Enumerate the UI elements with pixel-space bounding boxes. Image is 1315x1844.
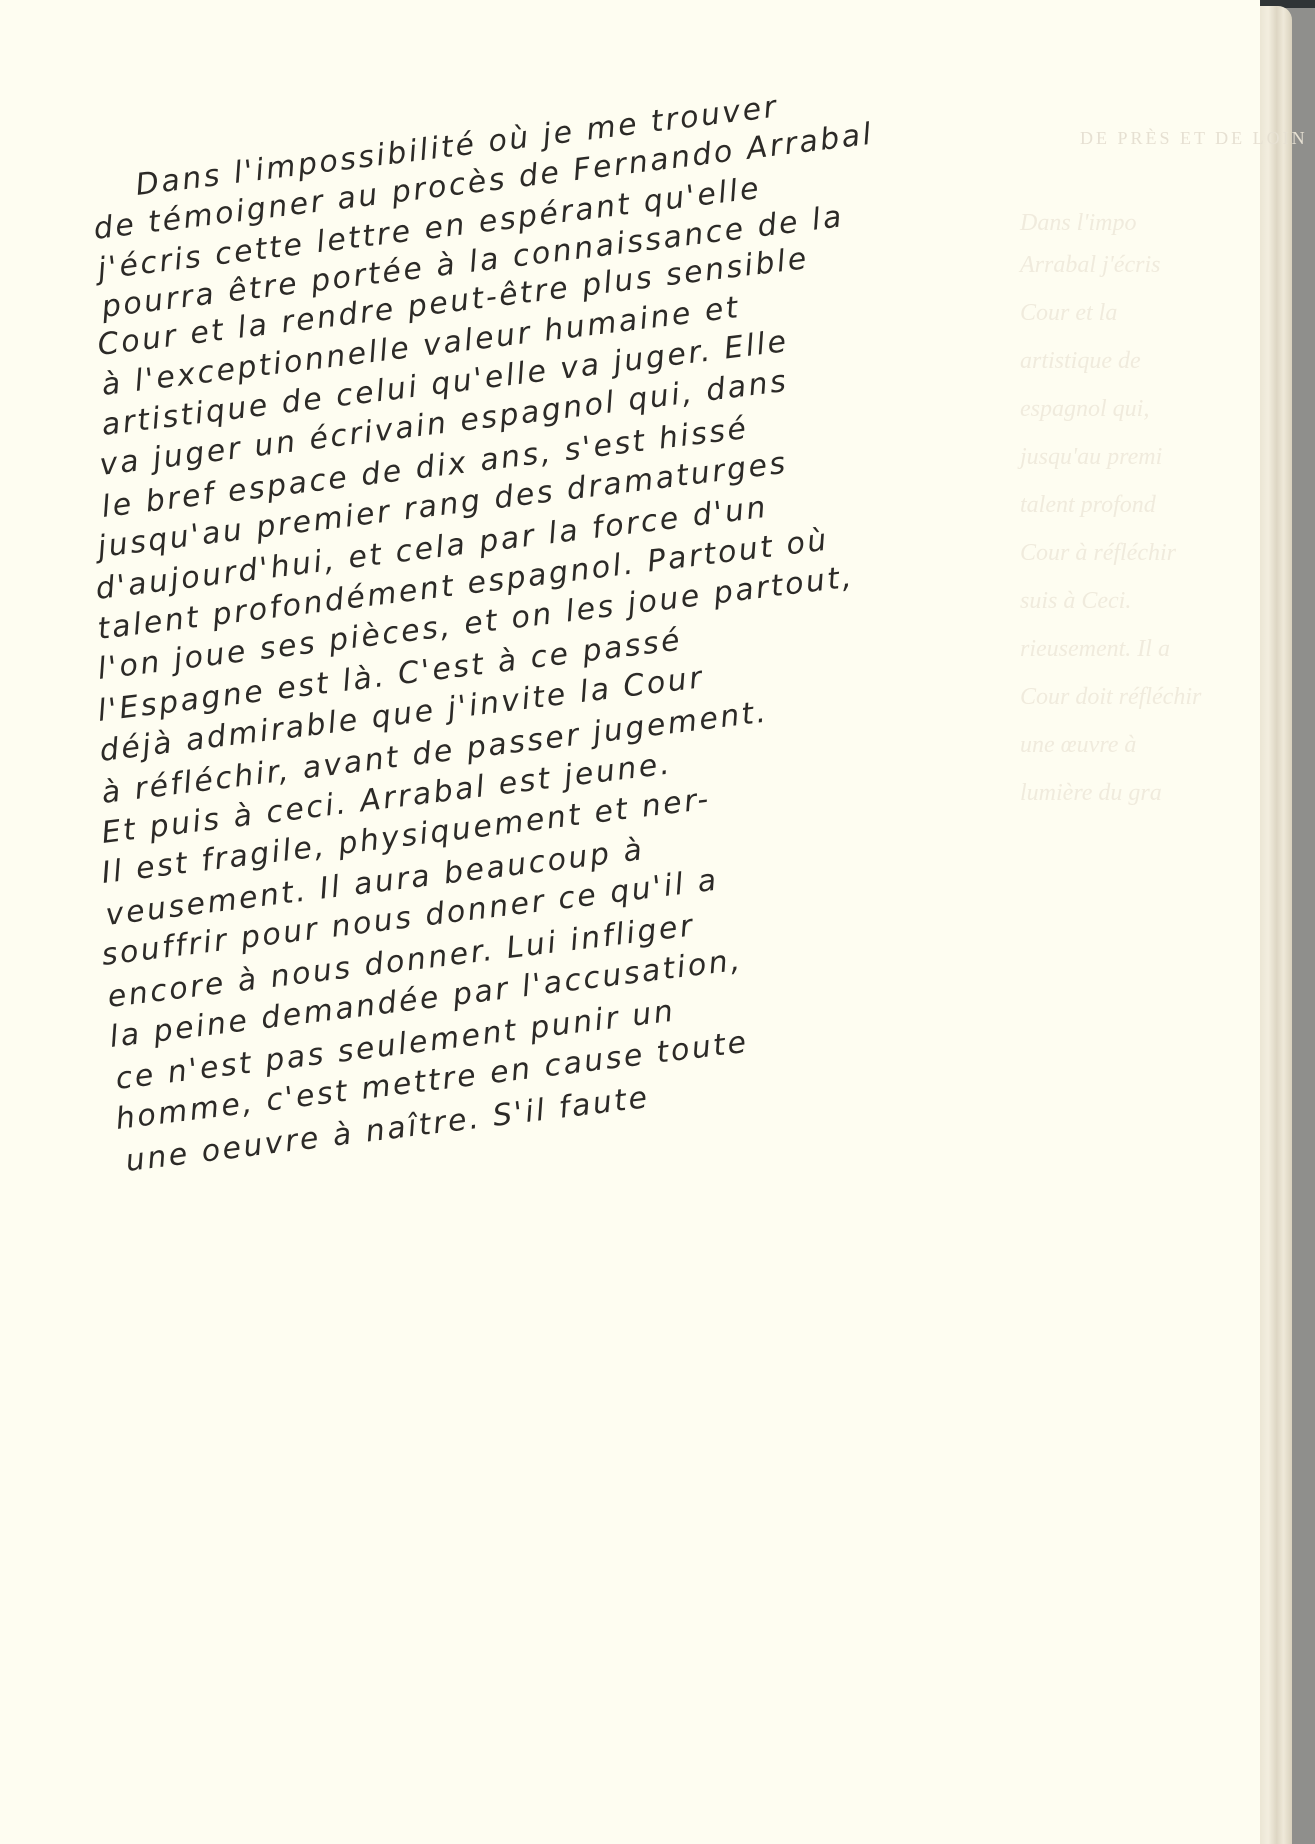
bleed-through-line: une œuvre à bbox=[1020, 732, 1136, 759]
book-page: DE PRÈS ET DE LOIN Dans l'impo Arrabal j… bbox=[0, 0, 1260, 1844]
book-page-edges bbox=[1258, 6, 1292, 1844]
bleed-through-header: DE PRÈS ET DE LOIN bbox=[1080, 128, 1308, 149]
scanned-page: DE PRÈS ET DE LOIN Dans l'impo Arrabal j… bbox=[0, 0, 1315, 1844]
bleed-through-line: artistique de bbox=[1020, 348, 1141, 375]
bleed-through-line: rieusement. Il a bbox=[1020, 636, 1170, 663]
bleed-through-line: talent profond bbox=[1020, 492, 1156, 519]
bleed-through-line: lumière du gra bbox=[1020, 780, 1162, 807]
bleed-through-line: Cour doit réfléchir bbox=[1020, 684, 1201, 711]
bleed-through-line: Cour à réfléchir bbox=[1020, 540, 1176, 567]
bleed-through-line: suis à Ceci. bbox=[1020, 588, 1131, 615]
bleed-through-line: jusqu'au premi bbox=[1020, 444, 1162, 471]
bleed-through-line: Arrabal j'écris bbox=[1020, 252, 1160, 279]
bleed-through-line: espagnol qui, bbox=[1020, 396, 1149, 423]
bleed-through-line: Cour et la bbox=[1020, 300, 1117, 327]
bleed-through-line: Dans l'impo bbox=[1020, 210, 1136, 237]
